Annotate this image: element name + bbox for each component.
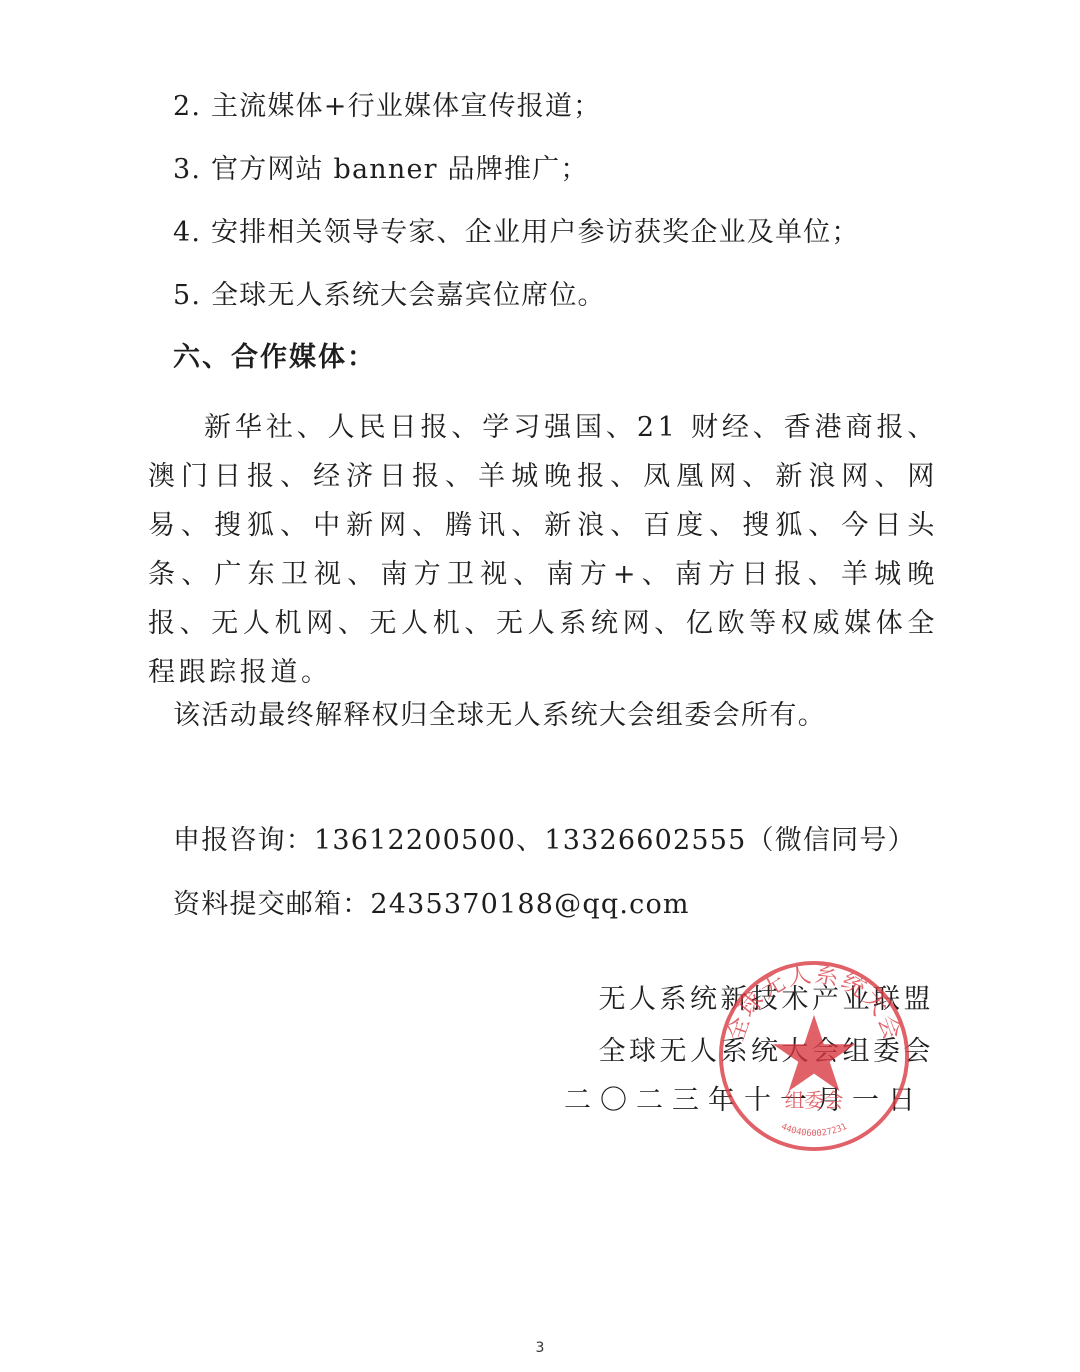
contact-email: 资料提交邮箱：2435370188@qq.com [173,887,690,923]
section-heading: 六、合作媒体： [173,340,376,376]
list-item-3: 3. 官方网站 banner 品牌推广； [173,152,589,188]
page-number: 3 [0,1340,1080,1356]
signature-date: 二〇二三年十一月一日 [564,1083,924,1119]
list-item-5: 5. 全球无人系统大会嘉宾位席位。 [173,278,606,314]
contact-phone: 申报咨询：13612200500、13326602555（微信同号） [173,823,916,859]
rights-statement: 该活动最终解释权归全球无人系统大会组委会所有。 [173,698,826,734]
signature-org-1: 无人系统新技术产业联盟 [599,982,935,1018]
signature-org-2: 全球无人系统大会组委会 [599,1034,935,1070]
list-item-2: 2. 主流媒体+行业媒体宣传报道； [173,89,601,125]
media-paragraph: 新华社、人民日报、学习强国、21 财经、香港商报、澳门日报、经济日报、羊城晚报、… [148,403,938,697]
stamp-serial: 4404060027231 [779,1122,848,1139]
document-page: 2. 主流媒体+行业媒体宣传报道； 3. 官方网站 banner 品牌推广； 4… [0,0,1080,1372]
list-item-4: 4. 安排相关领导专家、企业用户参访获奖企业及单位； [173,215,860,251]
